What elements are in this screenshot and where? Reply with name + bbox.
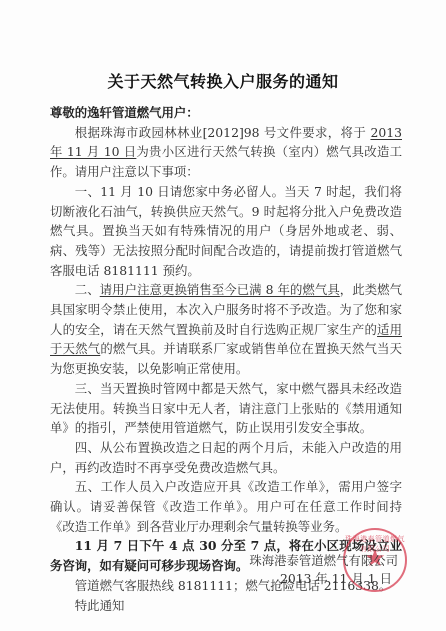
signature-block: 珠海港泰管道燃气有限公司 2013 年 11 月 1 日 <box>249 552 398 588</box>
signature-date: 2013 年 11 月 1 日 <box>249 570 398 588</box>
item-3: 三、当天置换时管网中都是天然气，家中燃气器具未经改造无法使用。转换当日家中无人者… <box>50 379 402 438</box>
item-1: 一、11 月 10 日请您家中务必留人。当天 7 时起，我们将切断液化石油气，转… <box>50 182 402 281</box>
item-2: 二、请用户注意更换销售至今已满 8 年的燃气具，此类燃气具国家明令禁止使用，本次… <box>50 280 402 379</box>
document-page: 关于天然气转换入户服务的通知 尊敬的逸轩管道燃气用户： 根据珠海市政园林林业[2… <box>0 0 446 631</box>
item-2-prefix: 二、 <box>75 282 100 297</box>
salutation: 尊敬的逸轩管道燃气用户： <box>50 103 402 123</box>
intro-paragraph: 根据珠海市政园林林业[2012]98 号文件要求，将于 2013 年 11 月 … <box>50 123 402 182</box>
signature-company: 珠海港泰管道燃气有限公司 <box>249 552 398 570</box>
page-title: 关于天然气转换入户服务的通知 <box>0 69 446 92</box>
closing-paragraph: 特此通知 <box>50 596 402 616</box>
item-5: 五、工作人员入户改造应开具《改造工作单》，需用户签字确认。请妥善保管《改造工作单… <box>50 477 402 536</box>
item-4: 四、从公布置换改造之日起的两个月后，未能入户改造的用户，再约改造时不再享受免费改… <box>50 438 402 477</box>
intro-before: 根据珠海市政园林林业[2012]98 号文件要求，将于 <box>75 125 371 140</box>
item-2-underlined: 请用户注意更换销售至今已满 8 年的燃气具 <box>100 282 340 297</box>
item-2-after: 的燃气具。并请联系厂家或销售单位在置换天然气当天为您更换安装，以免影响正常使用。 <box>50 341 402 376</box>
